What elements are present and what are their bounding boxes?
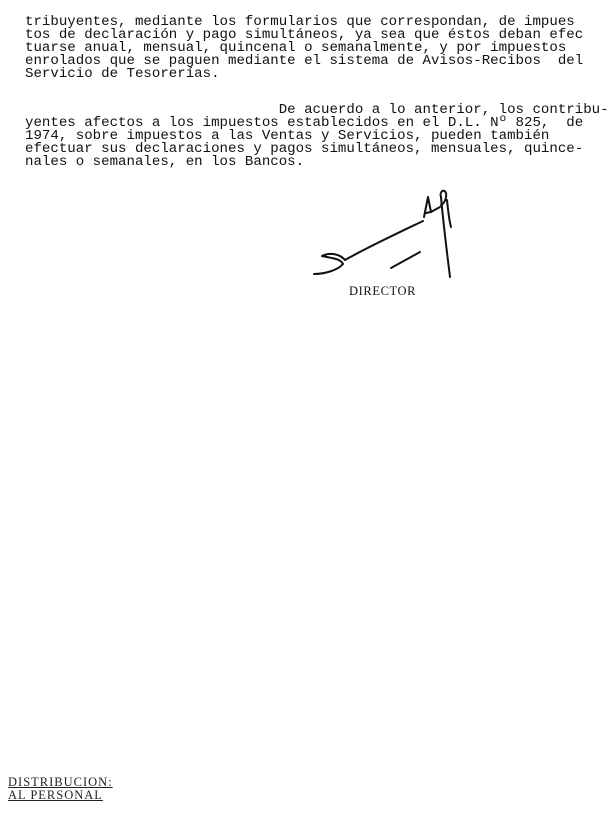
distribution-value: AL PERSONAL — [8, 789, 103, 801]
signature-title: DIRECTOR — [349, 284, 416, 299]
paragraph-2-line: nales o semanales, en los Bancos. — [25, 156, 304, 169]
paragraph-1-line: Servicio de Tesorerías. — [25, 68, 220, 81]
distribution-label: DISTRIBUCION: — [8, 776, 113, 788]
document-page: tribuyentes, mediante los formularios qu… — [0, 0, 607, 817]
